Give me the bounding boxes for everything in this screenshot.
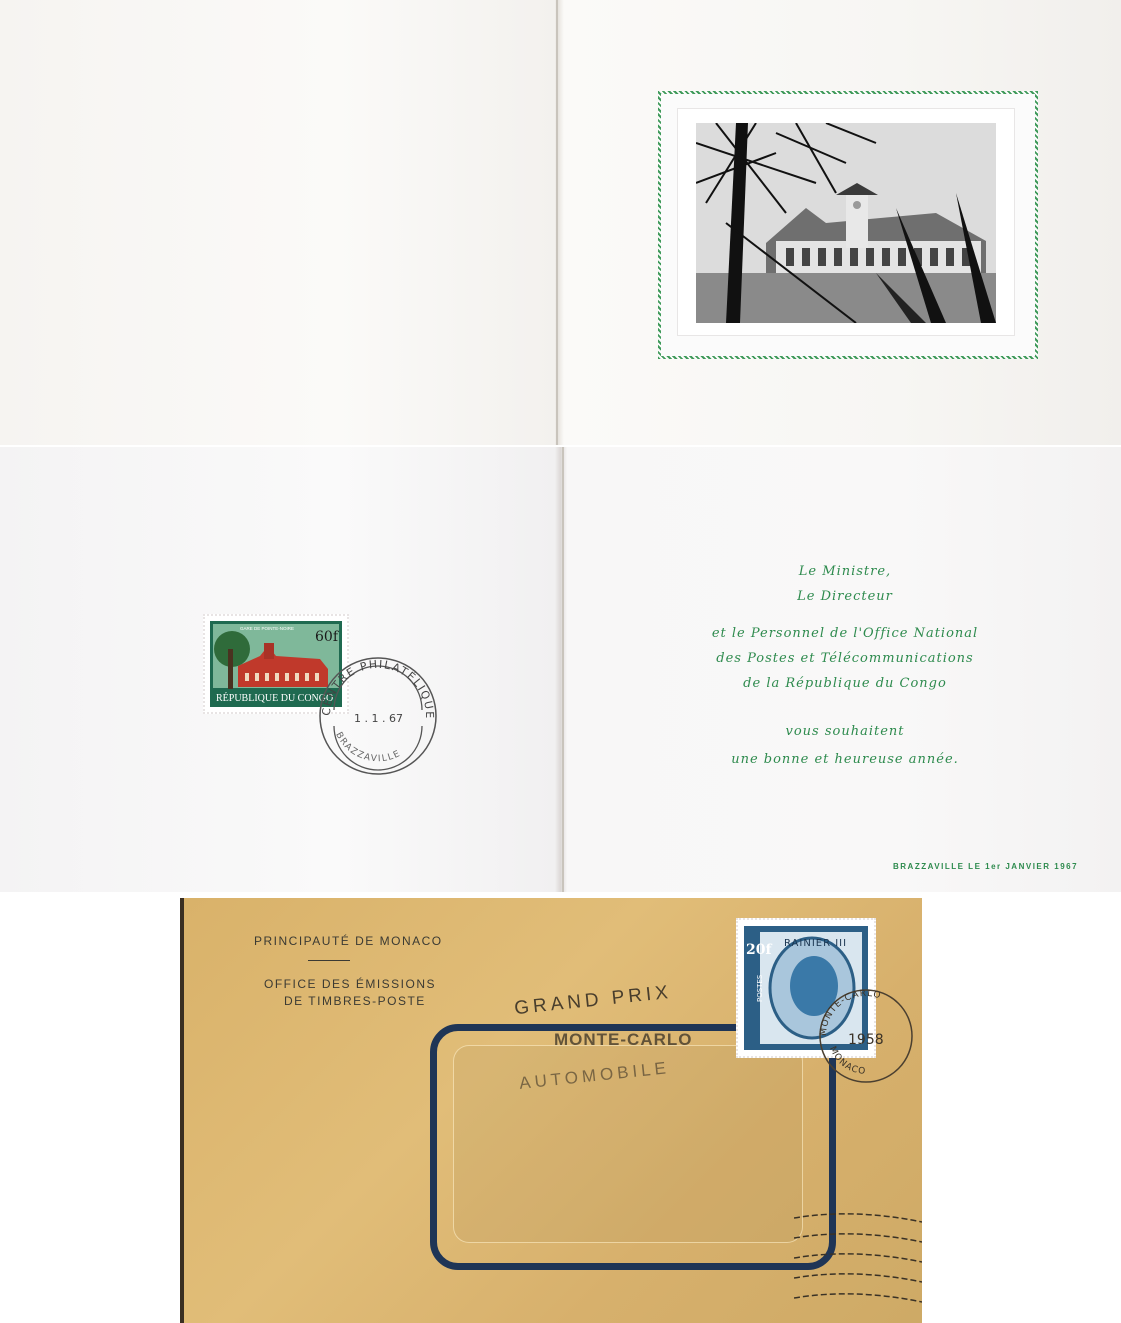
rainier-stamp-value: 20f [746, 942, 772, 958]
svg-text:1 . 1 . 67: 1 . 1 . 67 [354, 712, 403, 725]
monaco-envelope: PRINCIPAUTÉ DE MONACO OFFICE DES ÉMISSIO… [180, 898, 922, 1323]
card-fold [556, 0, 558, 445]
sender-line-3: DE TIMBRES-POSTE [284, 994, 426, 1008]
svg-text:1958: 1958 [848, 1032, 884, 1048]
greeting-line-5: de la République du Congo [570, 676, 1120, 691]
dateline: BRAZZAVILLE LE 1er JANVIER 1967 [893, 862, 1078, 871]
rainier-stamp-title: RAINIER III [784, 938, 847, 949]
greeting-line-3: et le Personnel de l'Office National [570, 626, 1120, 641]
greeting-line-6: vous souhaitent [570, 724, 1120, 739]
philatelic-postmark: CENTRE PHILATÉLIQUE BRAZZAVILLE 1 . 1 . … [316, 654, 440, 778]
monaco-postmark: MONTE-CARLO MONACO 1958 [816, 986, 916, 1086]
svg-text:MONTE-CARLO: MONTE-CARLO [819, 989, 883, 1036]
congo-stamp-value: 60f [315, 629, 340, 645]
greeting-line-1: Le Ministre, [570, 564, 1120, 579]
slogan-cancel-line-2: MONTE-CARLO [554, 1030, 692, 1050]
svg-text:CENTRE PHILATÉLIQUE: CENTRE PHILATÉLIQUE [320, 658, 436, 720]
station-photo [696, 123, 996, 323]
photo-frame [658, 91, 1038, 359]
card-fold [562, 447, 564, 892]
greeting-line-4: des Postes et Télécommunications [570, 651, 1120, 666]
photo-mount [677, 108, 1015, 336]
sender-line-1: PRINCIPAUTÉ DE MONACO [254, 934, 443, 948]
sender-divider [308, 960, 350, 961]
svg-text:POSTES: POSTES [756, 974, 764, 1002]
slogan-cancel-line-1: GRAND PRIX [513, 982, 673, 1020]
card-spread-photo [0, 0, 1121, 445]
greeting-line-2: Le Directeur [570, 589, 1120, 604]
svg-text:GARE DE POINTE-NOIRE: GARE DE POINTE-NOIRE [240, 626, 294, 631]
greeting-line-7: une bonne et heureuse année. [570, 752, 1120, 767]
sender-line-2: OFFICE DES ÉMISSIONS [264, 977, 436, 991]
wavy-cancel-lines [794, 1208, 922, 1318]
svg-text:MONACO: MONACO [827, 1045, 867, 1077]
card-spread-greeting: 60f GARE DE POINTE-NOIRE RÉPUBLIQUE DU C… [0, 447, 1121, 892]
svg-text:BRAZZAVILLE: BRAZZAVILLE [333, 731, 403, 765]
